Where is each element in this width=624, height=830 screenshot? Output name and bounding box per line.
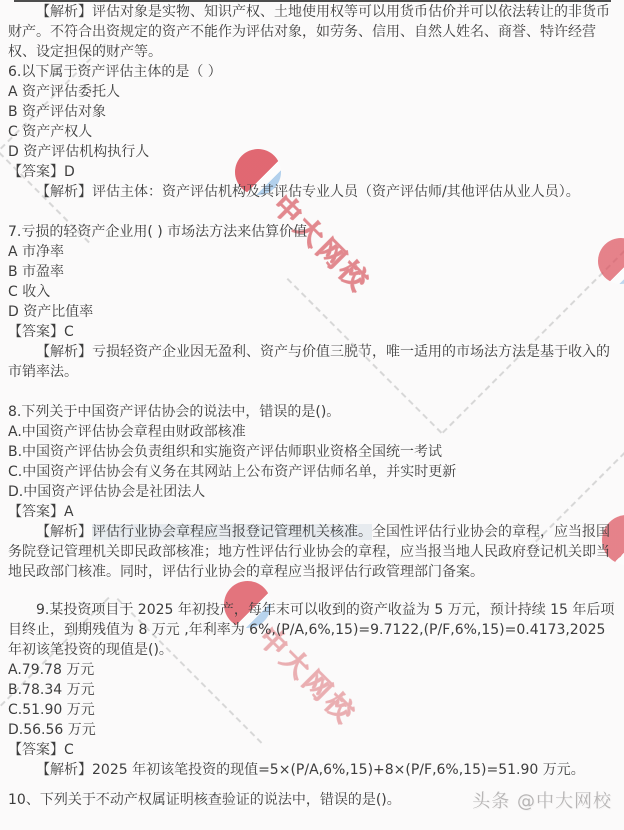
answer-text: 【答案】A xyxy=(8,502,616,522)
option-a: A.中国资产评估协会章程由财政部核准 xyxy=(8,422,616,442)
question-7: 7.亏损的轻资产企业用( ) 市场法方法来估算价值 A 市净率 B 市盈率 C … xyxy=(8,222,616,382)
option-b: B 市盈率 xyxy=(8,262,616,282)
option-b: B.78.34 万元 xyxy=(8,680,616,700)
option-c: C 收入 xyxy=(8,282,616,302)
question-title: 7.亏损的轻资产企业用( ) 市场法方法来估算价值 xyxy=(8,222,616,242)
option-a: A 市净率 xyxy=(8,242,616,262)
option-c: C.51.90 万元 xyxy=(8,700,616,720)
option-d: D.中国资产评估协会是社团法人 xyxy=(8,482,616,502)
question-title: 6.以下属于资产评估主体的是（ ） xyxy=(8,62,616,82)
option-b: B 资产评估对象 xyxy=(8,102,616,122)
intro-analysis-block: 【解析】评估对象是实物、知识产权、土地使用权等可以用货币估价并可以依法转让的非货… xyxy=(8,2,616,62)
option-b: B.中国资产评估协会负责组织和实施资产评估师职业资格全国统一考试 xyxy=(8,442,616,462)
option-a: A.79.78 万元 xyxy=(8,660,616,680)
question-9: 9.某投资项目于 2025 年初投产，每年末可以收到的资产收益为 5 万元，预计… xyxy=(8,600,616,780)
footer-watermark: 头条 @中大网校 xyxy=(472,792,612,812)
option-d: D.56.56 万元 xyxy=(8,720,616,740)
option-d: D 资产比值率 xyxy=(8,302,616,322)
answer-text: 【答案】C xyxy=(8,322,616,342)
answer-text: 【答案】C xyxy=(8,740,616,760)
option-c: C 资产产权人 xyxy=(8,122,616,142)
analysis-highlight: 评估行业协会章程应当报登记管理机关核准。 xyxy=(92,524,372,540)
question-6: 6.以下属于资产评估主体的是（ ） A 资产评估委托人 B 资产评估对象 C 资… xyxy=(8,62,616,202)
option-c: C.中国资产评估协会有义务在其网站上公布资产评估师名单，并实时更新 xyxy=(8,462,616,482)
analysis-prefix: 【解析】 xyxy=(36,524,92,540)
answer-text: 【答案】D xyxy=(8,162,616,182)
question-title: 9.某投资项目于 2025 年初投产，每年末可以收到的资产收益为 5 万元，预计… xyxy=(8,600,616,660)
question-8: 8.下列关于中国资产评估协会的说法中，错误的是()。 A.中国资产评估协会章程由… xyxy=(8,402,616,582)
question-title: 8.下列关于中国资产评估协会的说法中，错误的是()。 xyxy=(8,402,616,422)
analysis-text: 【解析】评估对象是实物、知识产权、土地使用权等可以用货币估价并可以依法转让的非货… xyxy=(8,2,616,62)
analysis-text: 【解析】评估行业协会章程应当报登记管理机关核准。全国性评估行业协会的章程，应当报… xyxy=(8,522,616,582)
analysis-text: 【解析】2025 年初该笔投资的现值=5×(P/A,6%,15)+8×(P/F,… xyxy=(8,760,616,780)
option-d: D 资产评估机构执行人 xyxy=(8,142,616,162)
exam-document-page: 中大网校 中大网校 【解析】评估对象是实物、知识产权、土地使用权等可以用货币估价… xyxy=(0,0,624,830)
analysis-text: 【解析】亏损轻资产企业因无盈利、资产与价值三脱节，唯一适用的市场法方法是基于收入… xyxy=(8,342,616,382)
analysis-text: 【解析】评估主体：资产评估机构及其评估专业人员（资产评估师/其他评估从业人员）。 xyxy=(8,182,616,202)
option-a: A 资产评估委托人 xyxy=(8,82,616,102)
